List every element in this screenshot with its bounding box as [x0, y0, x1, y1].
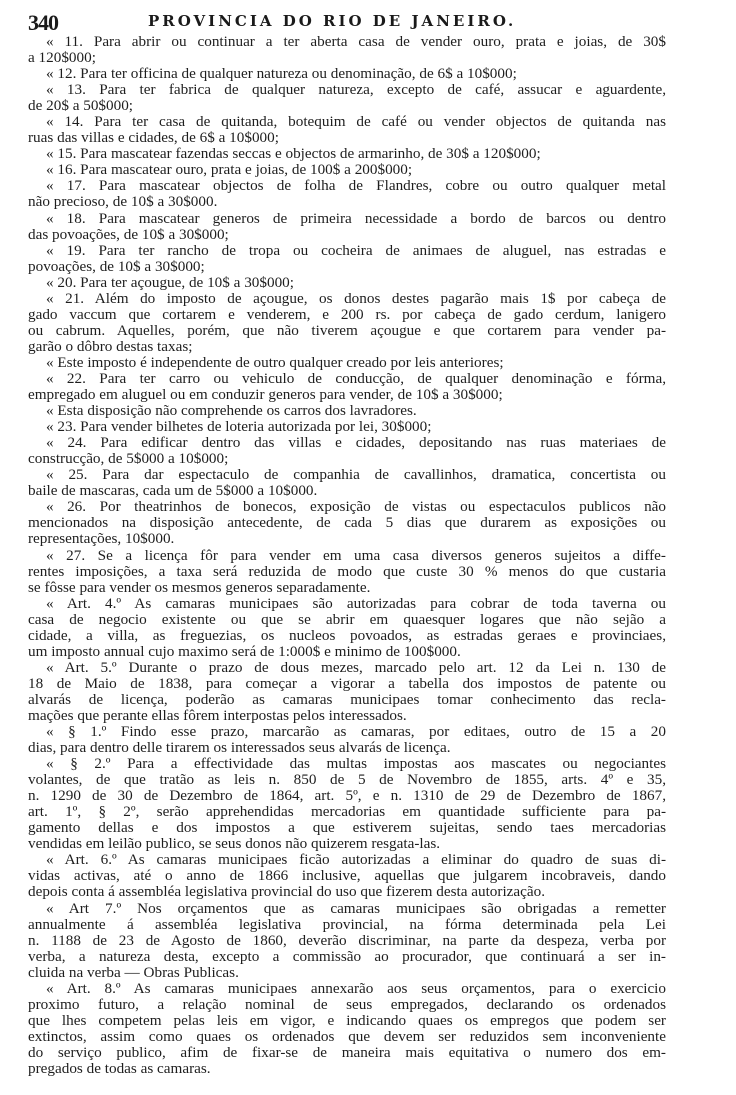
text-line: alvarás de licença, poderão as camaras m… — [28, 692, 666, 708]
paragraph: « Art. 5.º Durante o prazo de dous mezes… — [28, 660, 666, 724]
text-line: « 12. Para ter officina de qualquer natu… — [28, 66, 666, 82]
text-line: cluida na verba — Obras Publicas. — [28, 965, 666, 981]
text-line: não precioso, de 10$ a 30$000. — [28, 194, 666, 210]
paragraph: « 13. Para ter fabrica de qualquer natur… — [28, 82, 666, 114]
text-line: « Este imposto é independente de outro q… — [28, 355, 666, 371]
paragraph: « 12. Para ter officina de qualquer natu… — [28, 66, 666, 82]
paragraph: « Esta disposição não comprehende os car… — [28, 403, 666, 419]
text-line: n. 1290 de 30 de Dezembro de 1864, art. … — [28, 788, 666, 804]
paragraph: « 21. Além do imposto de açougue, os don… — [28, 291, 666, 355]
paragraph: « 16. Para mascatear ouro, prata e joias… — [28, 162, 666, 178]
text-line: annualmente á assembléa legislativa prov… — [28, 917, 666, 933]
paragraph: « Art. 6.º As camaras municipaes ficão a… — [28, 852, 666, 900]
text-line: construcção, de 5$000 a 10$000; — [28, 451, 666, 467]
paragraph: « 11. Para abrir ou continuar a ter aber… — [28, 34, 666, 66]
text-line: do serviço publico, afim de fixar-se de … — [28, 1045, 666, 1061]
text-line: se fôsse para vender os mesmos generos s… — [28, 580, 666, 596]
paragraph: « Art. 8.º As camaras municipaes annexar… — [28, 981, 666, 1077]
text-line: 18 de Maio de 1838, para começar a vigor… — [28, 676, 666, 692]
text-line: « 26. Por theatrinhos de bonecos, exposi… — [28, 499, 666, 515]
paragraph: « 20. Para ter açougue, de 10$ a 30$000; — [28, 275, 666, 291]
text-line: um imposto annual cujo maximo será de 1:… — [28, 644, 666, 660]
text-line: art. 1º, § 2º, serão apprehendidas merca… — [28, 804, 666, 820]
text-line: « Art 7.º Nos orçamentos que as camaras … — [28, 901, 666, 917]
paragraph: « Art 7.º Nos orçamentos que as camaras … — [28, 901, 666, 981]
paragraph: « 26. Por theatrinhos de bonecos, exposi… — [28, 499, 666, 547]
text-line: pregados de todas as camaras. — [28, 1061, 666, 1077]
text-line: gamento dellas e dos impostos a que esti… — [28, 820, 666, 836]
text-line: gado vaccum que cortarem e venderem, e 2… — [28, 307, 666, 323]
paragraph: « 27. Se a licença fôr para vender em um… — [28, 548, 666, 596]
text-line: volantes, de que tratão as leis n. 850 d… — [28, 772, 666, 788]
text-line: « 11. Para abrir ou continuar a ter aber… — [28, 34, 666, 50]
text-line: vendidas em leilão publico, se seus dono… — [28, 836, 666, 852]
text-line: « § 1.º Findo esse prazo, marcarão as ca… — [28, 724, 666, 740]
text-line: empregado em aluguel ou em conduzir gene… — [28, 387, 666, 403]
paragraph: « 15. Para mascatear fazendas seccas e o… — [28, 146, 666, 162]
document-body: « 11. Para abrir ou continuar a ter aber… — [28, 34, 666, 1077]
text-line: « 22. Para ter carro ou vehiculo de cond… — [28, 371, 666, 387]
text-line: representações, 10$000. — [28, 531, 666, 547]
paragraph: « 25. Para dar espectaculo de companhia … — [28, 467, 666, 499]
text-line: « Esta disposição não comprehende os car… — [28, 403, 666, 419]
paragraph: « § 2.º Para a effectividade das multas … — [28, 756, 666, 852]
text-line: vidas activas, até o anno de 1866 inclus… — [28, 868, 666, 884]
text-line: casa de negocio existente ou que se abri… — [28, 612, 666, 628]
page-header: 340 PROVINCIA DO RIO DE JANEIRO. — [28, 8, 668, 34]
document-page: 340 PROVINCIA DO RIO DE JANEIRO. « 11. P… — [0, 0, 736, 1095]
text-line: ruas das villas e cidades, de 6$ a 10$00… — [28, 130, 666, 146]
text-line: « 13. Para ter fabrica de qualquer natur… — [28, 82, 666, 98]
text-line: ou cabrum. Aquelles, porém, que não tive… — [28, 323, 666, 339]
text-line: dias, para dentro delle tirarem os inter… — [28, 740, 666, 756]
text-line: mações que perante ellas fôrem interpost… — [28, 708, 666, 724]
text-line: « 21. Além do imposto de açougue, os don… — [28, 291, 666, 307]
text-line: povoações, de 10$ a 30$000; — [28, 259, 666, 275]
text-line: cidade, a villa, as freguezias, os nucle… — [28, 628, 666, 644]
text-line: garão o dôbro destas taxas; — [28, 339, 666, 355]
text-line: n. 1188 de 23 de Agosto de 1860, deverão… — [28, 933, 666, 949]
text-line: de 20$ a 50$000; — [28, 98, 666, 114]
text-line: « 20. Para ter açougue, de 10$ a 30$000; — [28, 275, 666, 291]
text-line: « 23. Para vender bilhetes de loteria au… — [28, 419, 666, 435]
text-line: « Art. 6.º As camaras municipaes ficão a… — [28, 852, 666, 868]
text-line: « 19. Para ter rancho de tropa ou cochei… — [28, 243, 666, 259]
text-line: « Art. 5.º Durante o prazo de dous mezes… — [28, 660, 666, 676]
text-line: rentes imposições, a taxa será reduzida … — [28, 564, 666, 580]
paragraph: « 22. Para ter carro ou vehiculo de cond… — [28, 371, 666, 403]
paragraph: « 14. Para ter casa de quitanda, botequi… — [28, 114, 666, 146]
text-line: « 27. Se a licença fôr para vender em um… — [28, 548, 666, 564]
text-line: « § 2.º Para a effectividade das multas … — [28, 756, 666, 772]
paragraph: « 24. Para edificar dentro das villas e … — [28, 435, 666, 467]
text-line: « 16. Para mascatear ouro, prata e joias… — [28, 162, 666, 178]
running-title: PROVINCIA DO RIO DE JANEIRO. — [148, 12, 516, 30]
paragraph: « Art. 4.º As camaras municipaes são aut… — [28, 596, 666, 660]
text-line: « 18. Para mascatear generos de primeira… — [28, 211, 666, 227]
text-line: proximo futuro, a relação nominal de seu… — [28, 997, 666, 1013]
text-line: « 15. Para mascatear fazendas seccas e o… — [28, 146, 666, 162]
paragraph: « Este imposto é independente de outro q… — [28, 355, 666, 371]
paragraph: « 19. Para ter rancho de tropa ou cochei… — [28, 243, 666, 275]
text-line: mencionados na disposição antecedente, d… — [28, 515, 666, 531]
paragraph: « § 1.º Findo esse prazo, marcarão as ca… — [28, 724, 666, 756]
text-line: « 24. Para edificar dentro das villas e … — [28, 435, 666, 451]
text-line: « Art. 8.º As camaras municipaes annexar… — [28, 981, 666, 997]
text-line: a 120$000; — [28, 50, 666, 66]
text-line: das povoações, de 10$ a 30$000; — [28, 227, 666, 243]
text-line: extinctos, assim como quaes os ordenados… — [28, 1029, 666, 1045]
text-line: que lhes competem pelas leis em vigor, e… — [28, 1013, 666, 1029]
paragraph: « 17. Para mascatear objectos de folha d… — [28, 178, 666, 210]
paragraph: « 23. Para vender bilhetes de loteria au… — [28, 419, 666, 435]
text-line: « 17. Para mascatear objectos de folha d… — [28, 178, 666, 194]
text-line: « 14. Para ter casa de quitanda, botequi… — [28, 114, 666, 130]
text-line: « 25. Para dar espectaculo de companhia … — [28, 467, 666, 483]
paragraph: « 18. Para mascatear generos de primeira… — [28, 211, 666, 243]
text-line: depois conta á assembléa legislativa pro… — [28, 884, 666, 900]
text-line: verba, a natureza desta, excepto a commi… — [28, 949, 666, 965]
text-line: baile de mascaras, cada um de 5$000 a 10… — [28, 483, 666, 499]
text-line: « Art. 4.º As camaras municipaes são aut… — [28, 596, 666, 612]
